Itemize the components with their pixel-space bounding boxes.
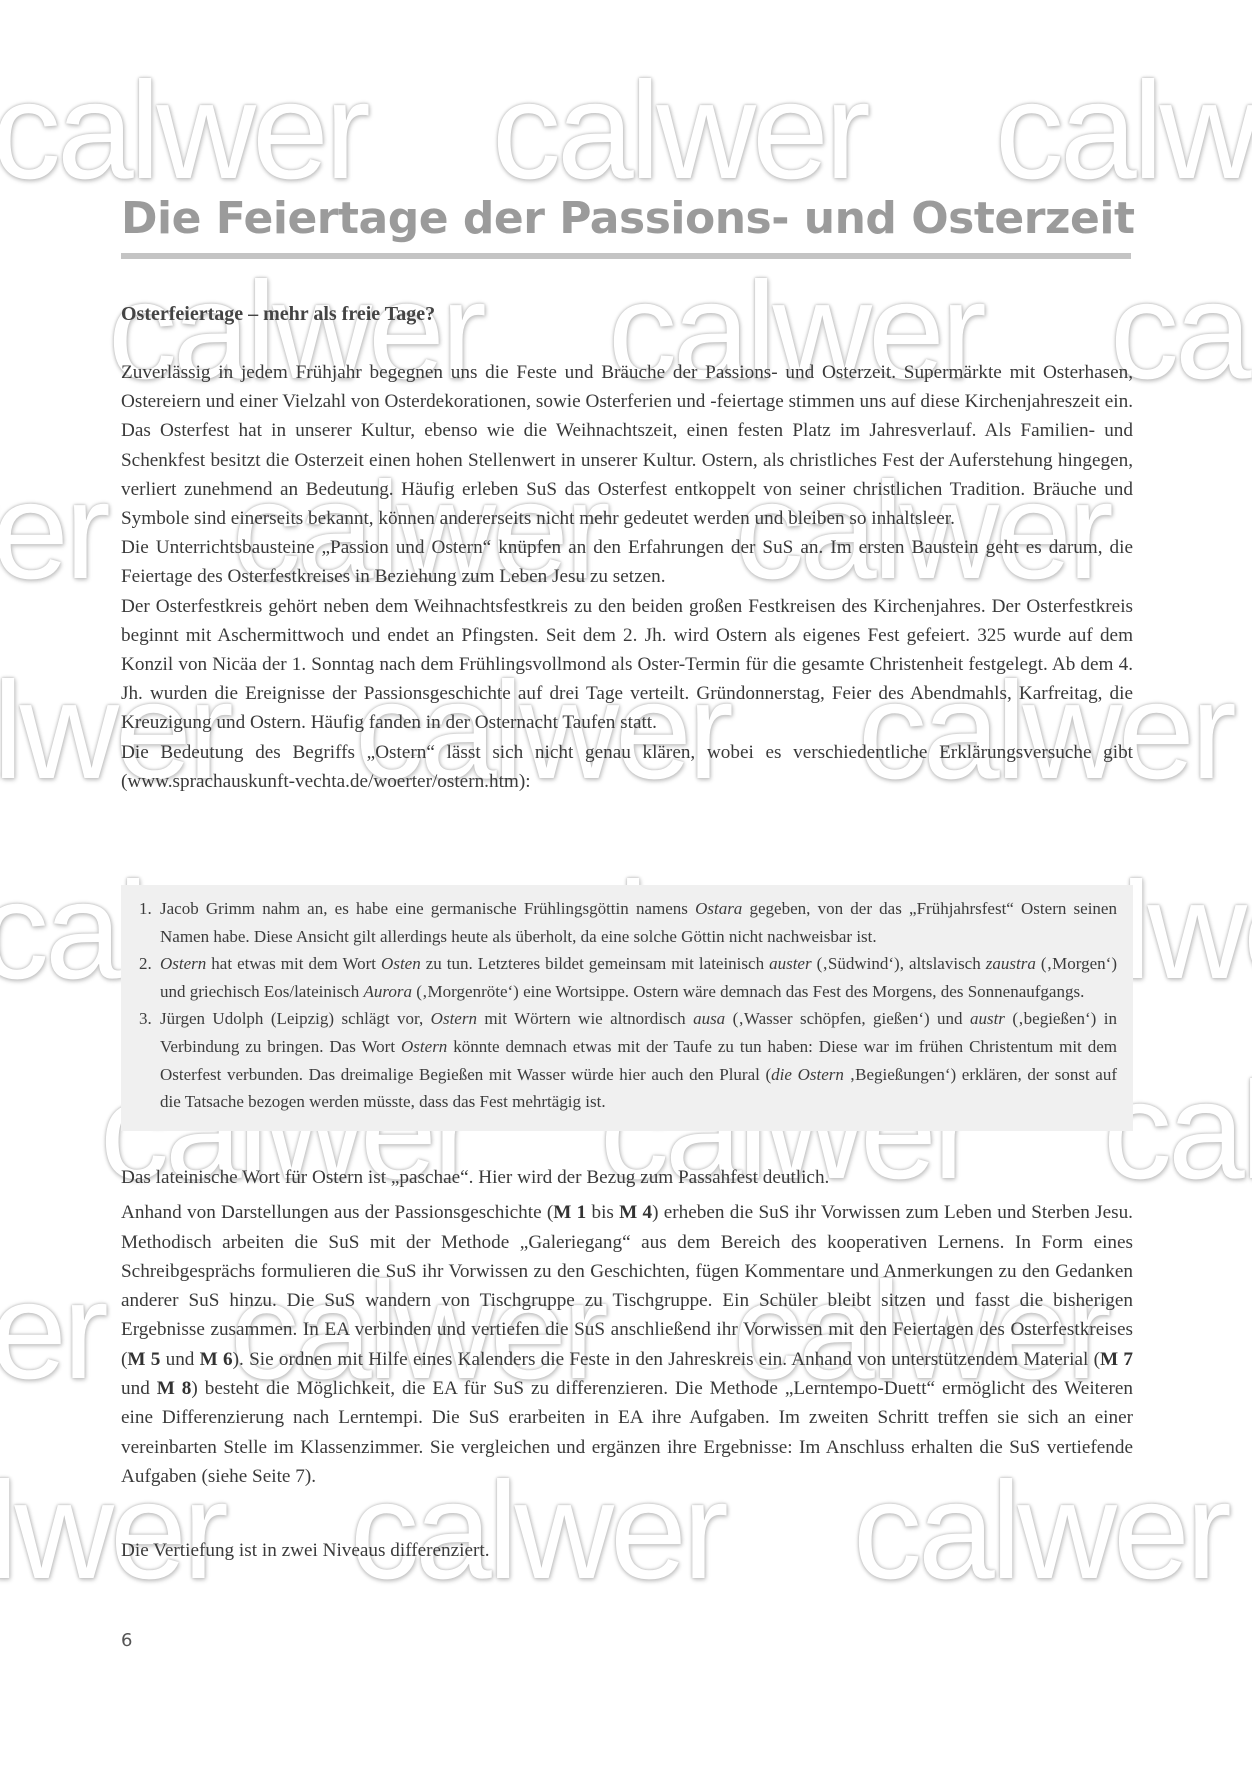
text-run: ). Sie ordnen mit Hilfe eines Kalenders … xyxy=(233,1349,1100,1370)
italic-term: Ostern xyxy=(401,1037,447,1056)
material-reference: M 8 xyxy=(157,1378,192,1399)
text-run: Jürgen Udolph (Leipzig) schlägt vor, xyxy=(160,1009,431,1028)
watermark-text: calwer xyxy=(0,1262,105,1400)
method-paragraph: Anhand von Darstellungen aus der Passion… xyxy=(121,1198,1133,1491)
text-run: Jacob Grimm nahm an, es habe eine german… xyxy=(160,899,695,918)
text-run: (‚Südwind‘), altslavisch xyxy=(812,954,986,973)
intro-text: Zuverlässig in jedem Frühjahr begegnen u… xyxy=(121,358,1133,796)
italic-term: Ostern xyxy=(431,1009,477,1028)
italic-term: austr xyxy=(970,1009,1005,1028)
intro-paragraph: Zuverlässig in jedem Frühjahr begegnen u… xyxy=(121,358,1133,533)
italic-term: die Ostern xyxy=(771,1065,844,1084)
italic-term: ausa xyxy=(693,1009,725,1028)
etymology-item: Ostern hat etwas mit dem Wort Osten zu t… xyxy=(156,950,1117,1005)
etymology-item: Jürgen Udolph (Leipzig) schlägt vor, Ost… xyxy=(156,1005,1117,1115)
etymology-item: Jacob Grimm nahm an, es habe eine german… xyxy=(156,895,1117,950)
text-run: ) besteht die Möglichkeit, die EA für Su… xyxy=(121,1378,1133,1487)
closing-paragraph: Die Vertiefung ist in zwei Niveaus diffe… xyxy=(121,1540,490,1562)
italic-term: zaustra xyxy=(986,954,1036,973)
italic-term: auster xyxy=(769,954,812,973)
section-subheading: Osterfeiertage – mehr als freie Tage? xyxy=(121,303,435,326)
intro-paragraph: Die Bedeutung des Begriffs „Ostern“ läss… xyxy=(121,738,1133,796)
text-run: mit Wörtern wie altnordisch xyxy=(477,1009,693,1028)
italic-term: Ostern xyxy=(160,954,206,973)
italic-term: Osten xyxy=(381,954,421,973)
material-reference: M 7 xyxy=(1100,1349,1133,1370)
watermark-text: calwer xyxy=(492,62,867,200)
text-run: und xyxy=(160,1349,199,1370)
text-run: bis xyxy=(586,1202,619,1223)
latin-paragraph: Das lateinische Wort für Ostern ist „pas… xyxy=(121,1163,1133,1192)
intro-paragraph: Die Unterrichtsbausteine „Passion und Os… xyxy=(121,533,1133,591)
text-run: zu tun. Letzteres bildet gemeinsam mit l… xyxy=(421,954,769,973)
material-reference: M 6 xyxy=(200,1349,233,1370)
etymology-box: Jacob Grimm nahm an, es habe eine german… xyxy=(121,885,1133,1131)
watermark-text: calwer xyxy=(0,62,367,200)
text-run: (‚Morgenröte‘) eine Wortsippe. Ostern wä… xyxy=(412,982,1084,1001)
document-page: calwer calwer calwer calwer calwer calwe… xyxy=(0,0,1252,1770)
material-reference: M 4 xyxy=(619,1202,652,1223)
italic-term: Ostara xyxy=(695,899,742,918)
material-reference: M 5 xyxy=(127,1349,160,1370)
watermark-text: calwer xyxy=(0,462,107,600)
page-number: 6 xyxy=(121,1630,132,1651)
page-title: Die Feiertage der Passions- und Osterzei… xyxy=(121,193,1134,244)
text-run: (‚Wasser schöpfen, gießen‘) und xyxy=(725,1009,970,1028)
material-reference: M 1 xyxy=(553,1202,586,1223)
text-run: Anhand von Darstellungen aus der Passion… xyxy=(121,1202,553,1223)
italic-term: Aurora xyxy=(363,982,412,1001)
intro-paragraph: Der Osterfestkreis gehört neben dem Weih… xyxy=(121,592,1133,738)
text-run: hat etwas mit dem Wort xyxy=(206,954,381,973)
method-text: Das lateinische Wort für Ostern ist „pas… xyxy=(121,1163,1133,1497)
text-run: ) erheben die SuS ihr Vorwissen zum Lebe… xyxy=(121,1202,1133,1369)
title-underline xyxy=(121,253,1131,259)
text-run: und xyxy=(121,1378,157,1399)
etymology-list: Jacob Grimm nahm an, es habe eine german… xyxy=(121,885,1133,1116)
watermark-text: calwer xyxy=(995,62,1252,200)
